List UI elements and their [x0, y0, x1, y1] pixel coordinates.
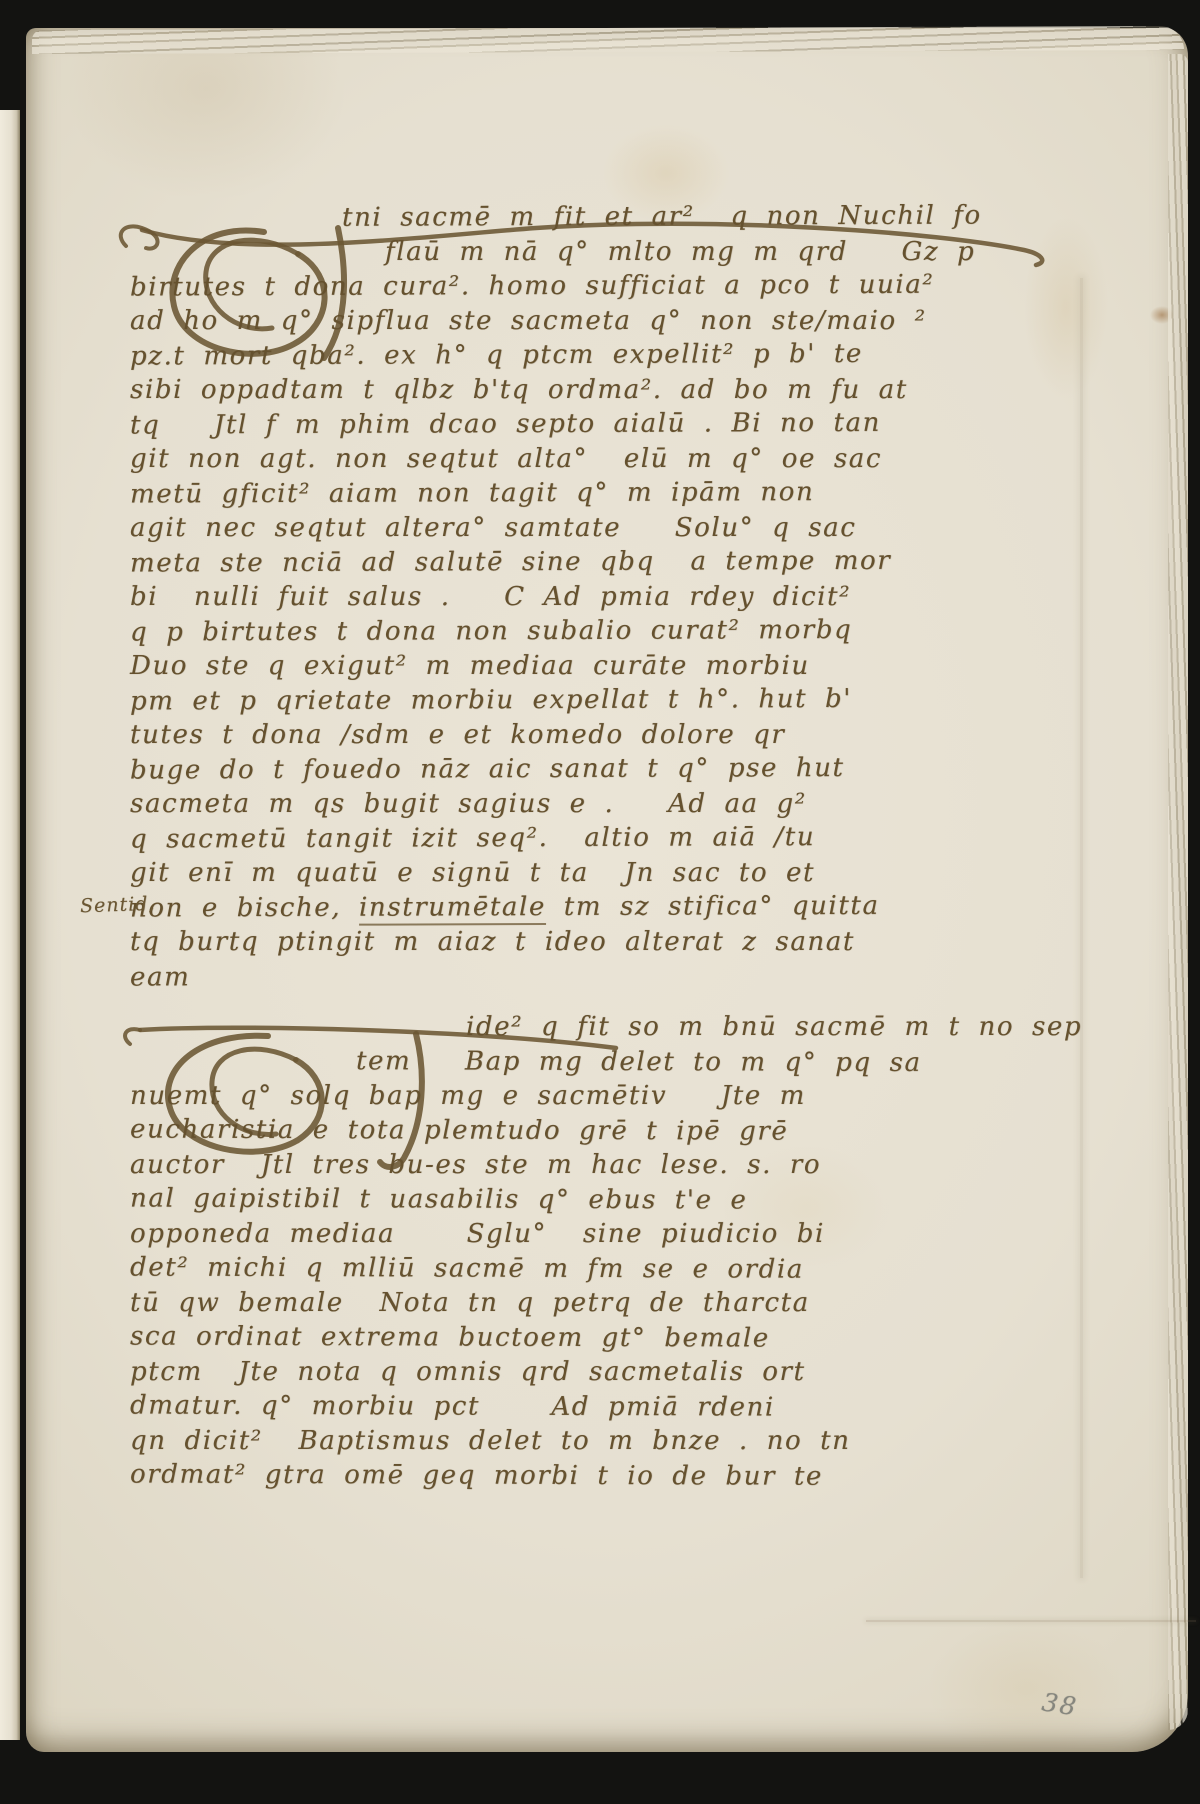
text-line: sacmeta m qs bugit sagius e . Ad aa g²: [130, 787, 982, 822]
paragraph-1: tni sacmē m fit et ar² q non Nuchil fo f…: [130, 200, 982, 994]
text-line: sibi oppadtam t qlbz b'tq ordma². ad bo …: [130, 373, 982, 408]
paragraph-2: ide² q fit so m bnū sacmē m t no sep tem…: [130, 1010, 1082, 1493]
text-line: agit nec seqtut altera° samtate Solu° q …: [130, 511, 982, 546]
text-line: ptcm Jte nota q omnis qrd sacmetalis ort: [130, 1355, 1082, 1390]
text-line: sca ordinat extrema buctoem gt° bemale: [130, 1319, 1082, 1356]
text-line: buge do t fouedo nāz aic sanat t q° pse …: [130, 751, 982, 788]
text-line: tni sacmē m fit et ar² q non Nuchil fo: [130, 199, 982, 236]
text-line: tū qw bemale Nota tn q petrq de tharcta: [130, 1286, 1082, 1321]
text-line: tem Bap mg delet to m q° pq sa: [130, 1043, 1082, 1080]
text-line: qn dicit² Baptismus delet to m bnze . no…: [130, 1424, 1082, 1459]
text-line: git enī m quatū e signū t ta Jn sac to e…: [130, 856, 982, 891]
folio-number: 38: [1040, 1687, 1080, 1721]
manuscript-page: tni sacmē m fit et ar² q non Nuchil fo f…: [26, 28, 1188, 1752]
text-line: det² michi q mlliū sacmē m fm se e ordia: [130, 1250, 1082, 1287]
paper-crease-horizontal: [866, 1620, 1196, 1622]
facing-page-edge: [0, 110, 20, 1740]
text-segment: tm sz stifica° quitta: [546, 891, 880, 922]
text-segment: non e bische,: [130, 893, 359, 924]
text-line: Duo ste q exigut² m mediaa curāte morbiu: [130, 649, 982, 684]
text-line: pz.t mort qba². ex h° q ptcm expellit² p…: [130, 337, 982, 374]
text-line: tutes t dona /sdm e et komedo dolore qr: [130, 718, 982, 753]
text-line: birtutes t dona cura². homo sufficiat a …: [130, 268, 982, 305]
text-line: dmatur. q° morbiu pct Ad pmiā rdeni: [130, 1388, 1082, 1425]
text-line: ad ho m q° sipflua ste sacmeta q° non st…: [130, 304, 982, 339]
marginal-note: Sentid,: [80, 893, 156, 918]
page-stack-right-edges: [1168, 54, 1188, 1730]
underlined-word: instrumētale: [359, 892, 546, 926]
text-line: q p birtutes t dona non subalio curat² m…: [130, 613, 982, 650]
text-line: auctor Jtl tres bu-es ste m hac lese. s.…: [130, 1148, 1082, 1183]
text-line-underlined: non e bische, instrumētale tm sz stifica…: [130, 889, 982, 926]
text-line: pm et p qrietate morbiu expellat t h°. h…: [130, 682, 982, 719]
text-line: nal gaipistibil t uasabilis q° ebus t'e …: [130, 1181, 1082, 1218]
text-line: git non agt. non seqtut alta° elū m q° o…: [130, 442, 982, 477]
text-line: flaū m nā q° mlto mg m qrd Gz p: [130, 235, 982, 270]
text-line: nuemt q° solq bap mg e sacmētiv Jte m: [130, 1079, 1082, 1114]
text-line: meta ste nciā ad salutē sine qbq a tempe…: [130, 544, 982, 581]
text-line: eucharistia e tota plemtudo grē t ipē gr…: [130, 1112, 1082, 1149]
text-line: q sacmetū tangit izit seq². altio m aiā …: [130, 820, 982, 857]
page-stack-top-edges: [32, 26, 1184, 54]
text-line: bi nulli fuit salus . C Ad pmia rdey dic…: [130, 580, 982, 615]
text-line: opponeda mediaa Sglu° sine piudicio bi: [130, 1217, 1082, 1252]
text-line: metū gficit² aiam non tagit q° m ipām no…: [130, 475, 982, 512]
text-line: eam: [130, 958, 982, 995]
text-line: tq Jtl f m phim dcao septo aialū . Bi no…: [130, 406, 982, 443]
text-line: ordmat² gtra omē geq morbi t io de bur t…: [130, 1457, 1082, 1494]
photograph-background: tni sacmē m fit et ar² q non Nuchil fo f…: [0, 0, 1200, 1804]
text-line: ide² q fit so m bnū sacmē m t no sep: [130, 1010, 1082, 1045]
text-line: tq burtq ptingit m aiaz t ideo alterat z…: [130, 925, 982, 960]
